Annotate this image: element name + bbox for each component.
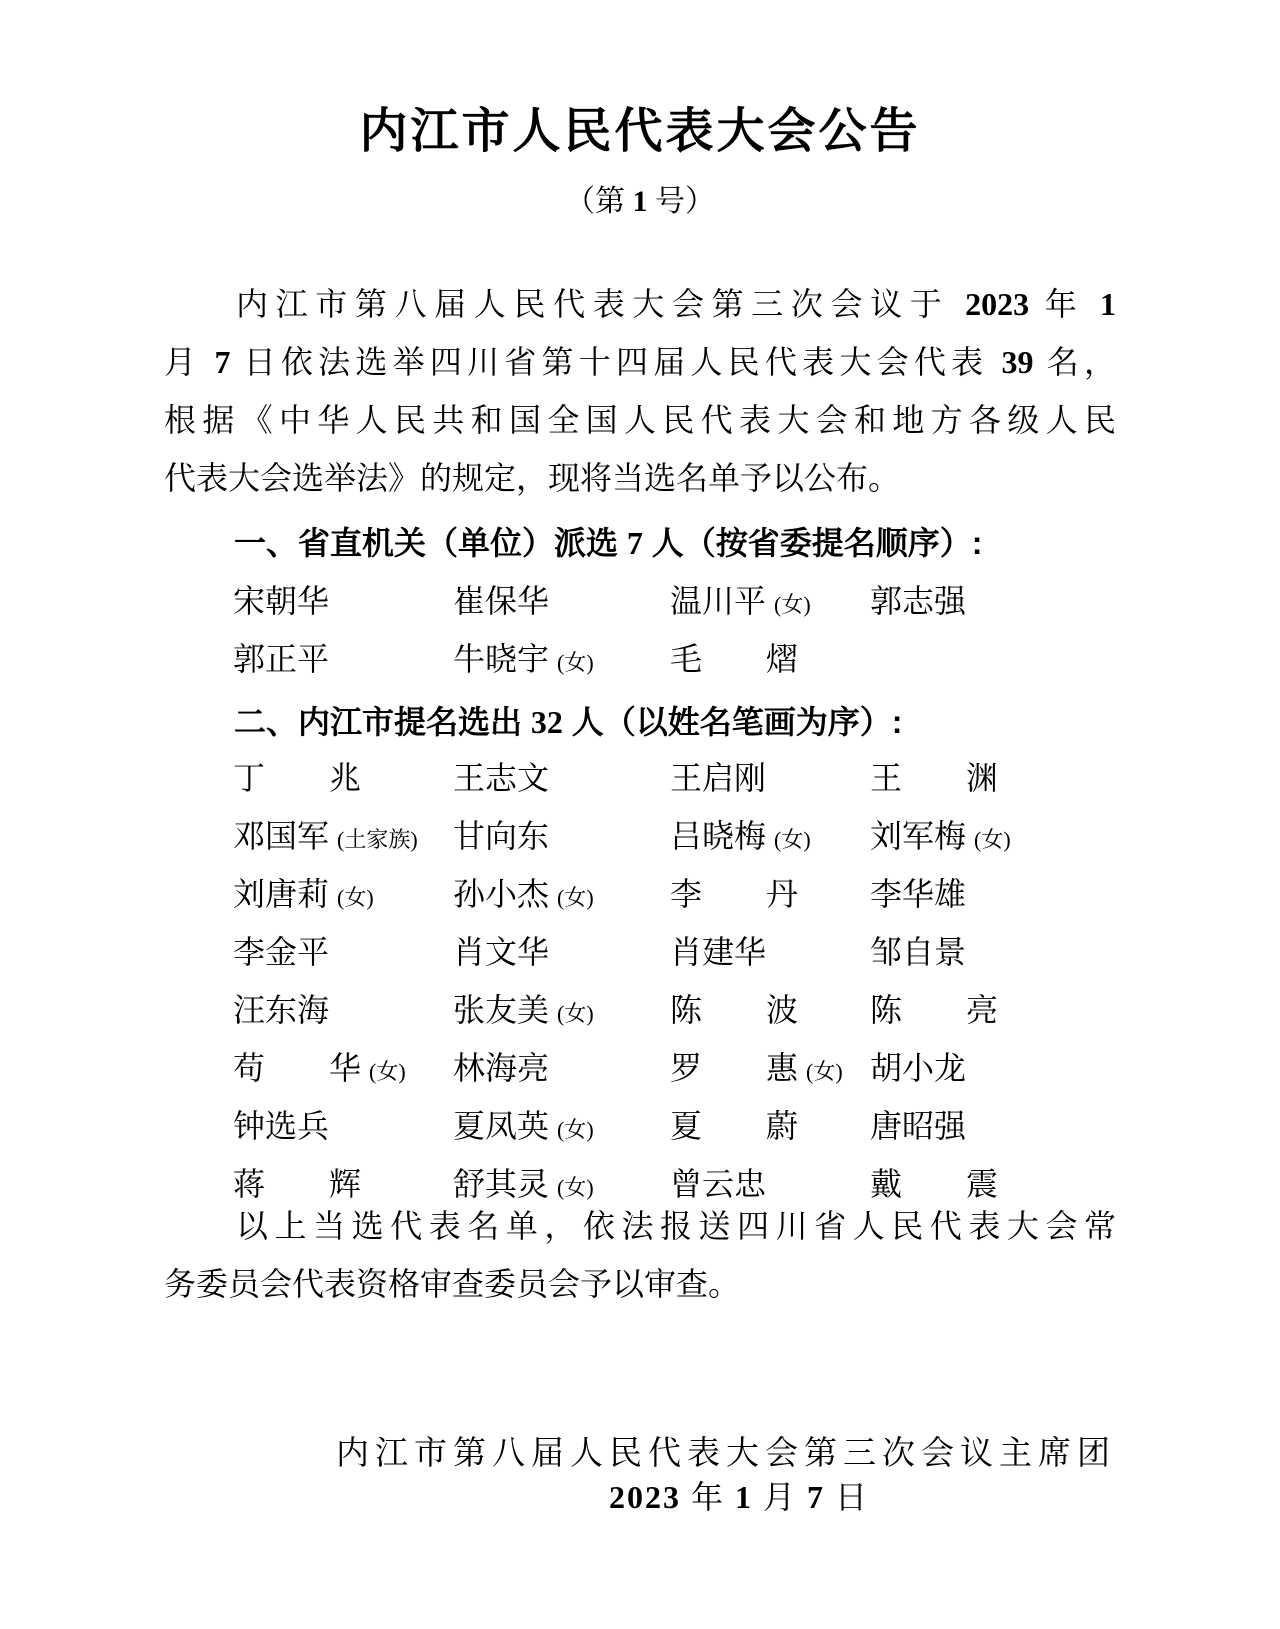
number-text: 7 <box>807 1479 825 1515</box>
name-cell: 王渊 <box>870 749 1116 807</box>
name-cell: 李金平 <box>233 923 453 981</box>
name-cell: 汪东海 <box>233 981 453 1039</box>
number-text: 7 <box>627 525 643 561</box>
name-row: 苟华(女)林海亮罗惠(女)胡小龙 <box>233 1039 1116 1097</box>
document-title: 内江市人民代表大会公告 <box>0 102 1280 162</box>
name-cell: 孙小杰(女) <box>453 865 670 927</box>
name-cell: 陈波 <box>670 981 870 1039</box>
text-segment: 二、内江市提名选出 <box>234 704 531 740</box>
text-line: 根据《中华人民共和国全国人民代表大会和地方各级人民 <box>164 391 1116 449</box>
name-text: 刘军梅 <box>870 807 966 865</box>
name-cell: 苟华(女) <box>233 1039 453 1101</box>
name-char: 蔚 <box>766 1097 798 1155</box>
text-line: 以上当选代表名单，依法报送四川省人民代表大会常 <box>164 1197 1116 1255</box>
text-segment: 人（按省委提名顺序）: <box>643 525 983 561</box>
name-text: 郭志强 <box>870 572 966 630</box>
name-cell: 丁兆 <box>233 749 453 807</box>
text-segment: 日 <box>825 1479 869 1515</box>
name-text: 夏凤英 <box>453 1097 549 1155</box>
text-segment: 人（以姓名笔画为序）: <box>563 704 903 740</box>
name-text: 胡小龙 <box>870 1039 966 1097</box>
name-cell: 郭正平 <box>233 630 453 688</box>
name-char: 陈 <box>870 981 902 1039</box>
name-text: 钟选兵 <box>233 1097 329 1155</box>
name-cell: 夏蔚 <box>670 1097 870 1155</box>
name-row: 宋朝华崔保华温川平(女)郭志强 <box>233 572 1116 630</box>
name-text: 王志文 <box>453 749 549 807</box>
text-segment: 务委员会代表资格审查委员会予以审查。 <box>164 1266 740 1302</box>
name-cell: 唐昭强 <box>870 1097 1116 1155</box>
name-char: 波 <box>766 981 798 1039</box>
gender-note: (女) <box>774 827 811 852</box>
name-char: 毛 <box>670 630 702 688</box>
gender-note: (女) <box>369 1059 406 1084</box>
name-cell: 林海亮 <box>453 1039 670 1097</box>
name-char: 亮 <box>966 981 998 1039</box>
name-cell: 钟选兵 <box>233 1097 453 1155</box>
name-text: 唐昭强 <box>870 1097 966 1155</box>
section1-heading: 一、省直机关（单位）派选 7 人（按省委提名顺序）: <box>164 514 1186 572</box>
name-text: 李金平 <box>233 923 329 981</box>
ethnicity-note: (土家族) <box>337 827 418 852</box>
text-segment: 日依法选举四川省第十四届人民代表大会代表 <box>230 344 1001 380</box>
name-text: 汪东海 <box>233 981 329 1039</box>
text-line: 月 7 日依法选举四川省第十四届人民代表大会代表 39 名， <box>164 333 1116 391</box>
section2-heading: 二、内江市提名选出 32 人（以姓名笔画为序）: <box>164 693 1186 751</box>
name-cell: 肖文华 <box>453 923 670 981</box>
name-cell: 甘向东 <box>453 807 670 865</box>
section2-name-list: 丁兆王志文王启刚王渊邓国军(土家族)甘向东吕晓梅(女)刘军梅(女)刘唐莉(女)孙… <box>164 749 1116 1213</box>
text-segment: 月 <box>164 344 214 380</box>
name-cell: 刘唐莉(女) <box>233 865 453 927</box>
name-text: 邓国军 <box>233 807 329 865</box>
number-text: 7 <box>214 344 230 380</box>
name-cell: 王启刚 <box>670 749 870 807</box>
name-char: 李 <box>670 865 702 923</box>
name-text: 张友美 <box>453 981 549 1039</box>
name-char: 陈 <box>670 981 702 1039</box>
name-cell: 宋朝华 <box>233 572 453 630</box>
gender-note: (女) <box>557 885 594 910</box>
text-segment: 名， <box>1034 344 1116 380</box>
name-cell: 夏凤英(女) <box>453 1097 670 1159</box>
name-char: 华 <box>329 1039 361 1097</box>
name-text: 罗惠 <box>670 1039 798 1097</box>
name-cell: 张友美(女) <box>453 981 670 1043</box>
name-char: 兆 <box>329 749 361 807</box>
name-text: 林海亮 <box>453 1039 549 1097</box>
name-text: 肖建华 <box>670 923 766 981</box>
number-text: 39 <box>1002 344 1034 380</box>
name-text: 苟华 <box>233 1039 361 1097</box>
gender-note: (女) <box>557 1001 594 1026</box>
name-text: 温川平 <box>670 572 766 630</box>
name-text: 王渊 <box>870 749 998 807</box>
name-row: 李金平肖文华肖建华邹自景 <box>233 923 1116 981</box>
text-segment: 代表大会选举法》的规定，现将当选名单予以公布。 <box>164 460 900 496</box>
text-segment: 内江市第八届人民代表大会第三次会议于 <box>236 286 965 322</box>
name-text: 邹自景 <box>870 923 966 981</box>
name-cell: 肖建华 <box>670 923 870 981</box>
name-row: 郭正平牛晓宇(女)毛熠 <box>233 630 1116 688</box>
name-cell: 毛熠 <box>670 630 870 688</box>
name-row: 刘唐莉(女)孙小杰(女)李丹李华雄 <box>233 865 1116 923</box>
text-segment: 年 <box>1029 286 1100 322</box>
closing-paragraph: 以上当选代表名单，依法报送四川省人民代表大会常务委员会代表资格审查委员会予以审查… <box>164 1197 1116 1313</box>
name-text: 王启刚 <box>670 749 766 807</box>
name-char: 惠 <box>766 1039 798 1097</box>
name-cell: 刘军梅(女) <box>870 807 1116 869</box>
name-text: 夏蔚 <box>670 1097 798 1155</box>
name-char: 苟 <box>233 1039 265 1097</box>
number-text: 1 <box>1100 286 1116 322</box>
name-text: 李华雄 <box>870 865 966 923</box>
gender-note: (女) <box>806 1059 843 1084</box>
text-segment: 号） <box>648 185 716 218</box>
name-cell: 罗惠(女) <box>670 1039 870 1101</box>
text-line: 内江市第八届人民代表大会第三次会议于 2023 年 1 <box>164 275 1116 333</box>
name-text: 肖文华 <box>453 923 549 981</box>
name-text: 陈波 <box>670 981 798 1039</box>
gender-note: (女) <box>557 1117 594 1142</box>
gender-note: (女) <box>337 885 374 910</box>
name-cell: 李丹 <box>670 865 870 923</box>
name-text: 李丹 <box>670 865 798 923</box>
name-text: 刘唐莉 <box>233 865 329 923</box>
date-line: 2023 年 1 月 7 日 <box>609 1468 869 1526</box>
name-row: 邓国军(土家族)甘向东吕晓梅(女)刘军梅(女) <box>233 807 1116 865</box>
name-text: 孙小杰 <box>453 865 549 923</box>
gender-note: (女) <box>974 827 1011 852</box>
document-page: 内江市人民代表大会公告 （第 1 号） 内江市第八届人民代表大会第三次会议于 2… <box>0 0 1280 1629</box>
document-number: （第 1 号） <box>0 180 1280 224</box>
name-cell: 郭志强 <box>870 572 1116 630</box>
text-segment: 以上当选代表名单，依法报送四川省人民代表大会常 <box>236 1208 1116 1244</box>
name-char: 夏 <box>670 1097 702 1155</box>
name-text: 陈亮 <box>870 981 998 1039</box>
name-text: 牛晓宇 <box>453 630 549 688</box>
name-text: 毛熠 <box>670 630 798 688</box>
name-char: 罗 <box>670 1039 702 1097</box>
intro-paragraph: 内江市第八届人民代表大会第三次会议于 2023 年 1月 7 日依法选举四川省第… <box>164 275 1116 507</box>
name-text: 吕晓梅 <box>670 807 766 865</box>
text-segment: 一、省直机关（单位）派选 <box>234 525 627 561</box>
name-row: 丁兆王志文王启刚王渊 <box>233 749 1116 807</box>
text-segment: 年 <box>681 1479 735 1515</box>
name-char: 王 <box>870 749 902 807</box>
text-line: 代表大会选举法》的规定，现将当选名单予以公布。 <box>164 449 1116 507</box>
number-text: 1 <box>735 1479 753 1515</box>
name-char: 熠 <box>766 630 798 688</box>
name-cell: 崔保华 <box>453 572 670 630</box>
section1-name-list: 宋朝华崔保华温川平(女)郭志强郭正平牛晓宇(女)毛熠 <box>164 572 1116 688</box>
name-row: 汪东海张友美(女)陈波陈亮 <box>233 981 1116 1039</box>
name-row: 钟选兵夏凤英(女)夏蔚唐昭强 <box>233 1097 1116 1155</box>
number-text: 2023 <box>965 286 1029 322</box>
name-text: 宋朝华 <box>233 572 329 630</box>
name-cell: 胡小龙 <box>870 1039 1116 1097</box>
gender-note: (女) <box>774 592 811 617</box>
name-text: 丁兆 <box>233 749 361 807</box>
name-char: 丹 <box>766 865 798 923</box>
name-cell: 牛晓宇(女) <box>453 630 670 692</box>
name-char: 丁 <box>233 749 265 807</box>
number-text: 32 <box>531 704 563 740</box>
name-cell: 温川平(女) <box>670 572 870 634</box>
gender-note: (女) <box>557 650 594 675</box>
name-cell: 吕晓梅(女) <box>670 807 870 869</box>
name-text: 郭正平 <box>233 630 329 688</box>
text-segment: 根据《中华人民共和国全国人民代表大会和地方各级人民 <box>164 402 1116 438</box>
text-segment: （第 <box>565 185 633 218</box>
number-text: 2023 <box>609 1479 681 1515</box>
number-text: 1 <box>633 185 648 218</box>
name-char: 渊 <box>966 749 998 807</box>
name-cell: 邹自景 <box>870 923 1116 981</box>
name-text: 甘向东 <box>453 807 549 865</box>
name-cell: 陈亮 <box>870 981 1116 1039</box>
name-cell: 王志文 <box>453 749 670 807</box>
text-line: 务委员会代表资格审查委员会予以审查。 <box>164 1255 1116 1313</box>
name-cell: 邓国军(土家族) <box>233 807 453 869</box>
text-segment: 月 <box>753 1479 807 1515</box>
name-cell: 李华雄 <box>870 865 1116 923</box>
name-text: 崔保华 <box>453 572 549 630</box>
